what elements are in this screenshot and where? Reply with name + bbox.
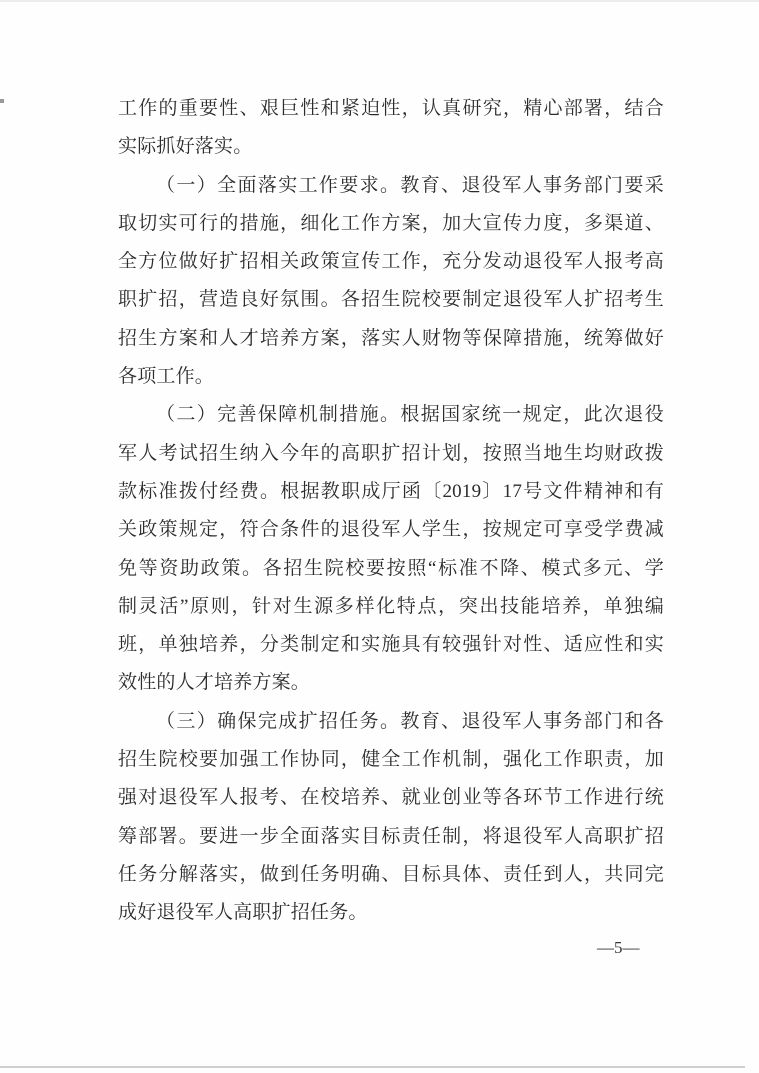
scan-artifact-speck: [0, 99, 4, 103]
document-line-section-3-heading: （三）确保完成扩招任务。教育、退役军人事务部门和各: [118, 703, 664, 741]
document-line: 招生方案和人才培养方案，落实人财物等保障措施，统筹做好: [118, 320, 664, 358]
document-page: 工作的重要性、艰巨性和紧迫性，认真研究，精心部署，结合 实际抓好落实。 （一）全…: [0, 0, 759, 1073]
document-body: 工作的重要性、艰巨性和紧迫性，认真研究，精心部署，结合 实际抓好落实。 （一）全…: [118, 90, 664, 933]
document-line: 关政策规定，符合条件的退役军人学生，按规定可享受学费减: [118, 511, 664, 549]
document-line: 招生院校要加强工作协同，健全工作机制，强化工作职责，加: [118, 741, 664, 779]
document-line: 任务分解落实，做到任务明确、目标具体、责任到人，共同完: [118, 856, 664, 894]
document-line: 各项工作。: [118, 358, 664, 396]
document-line: 筹部署。要进一步全面落实目标责任制，将退役军人高职扩招: [118, 818, 664, 856]
document-line: 强对退役军人报考、在校培养、就业创业等各环节工作进行统: [118, 779, 664, 817]
scan-edge-bottom: [0, 1066, 745, 1068]
scan-edge-top: [0, 0, 759, 2]
document-line: 取切实可行的措施，细化工作方案，加大宣传力度，多渠道、: [118, 205, 664, 243]
document-line-section-1-heading: （一）全面落实工作要求。教育、退役军人事务部门要采: [118, 167, 664, 205]
document-line: 军人考试招生纳入今年的高职扩招计划，按照当地生均财政拨: [118, 435, 664, 473]
document-line: 免等资助政策。各招生院校要按照“标准不降、模式多元、学: [118, 550, 664, 588]
document-line: 制灵活”原则，针对生源多样化特点，突出技能培养，单独编: [118, 588, 664, 626]
document-line: 效性的人才培养方案。: [118, 664, 664, 702]
document-line: 全方位做好扩招相关政策宣传工作，充分发动退役军人报考高: [118, 243, 664, 281]
page-number: —5—: [597, 934, 667, 962]
document-line: 班，单独培养，分类制定和实施具有较强针对性、适应性和实: [118, 626, 664, 664]
document-line: 成好退役军人高职扩招任务。: [118, 894, 664, 932]
document-line: 工作的重要性、艰巨性和紧迫性，认真研究，精心部署，结合: [118, 90, 664, 128]
document-line: 实际抓好落实。: [118, 128, 664, 166]
document-line: 职扩招，营造良好氛围。各招生院校要制定退役军人扩招考生: [118, 281, 664, 319]
document-line-section-2-heading: （二）完善保障机制措施。根据国家统一规定，此次退役: [118, 396, 664, 434]
document-line: 款标准拨付经费。根据教职成厅函〔2019〕17号文件精神和有: [118, 473, 664, 511]
